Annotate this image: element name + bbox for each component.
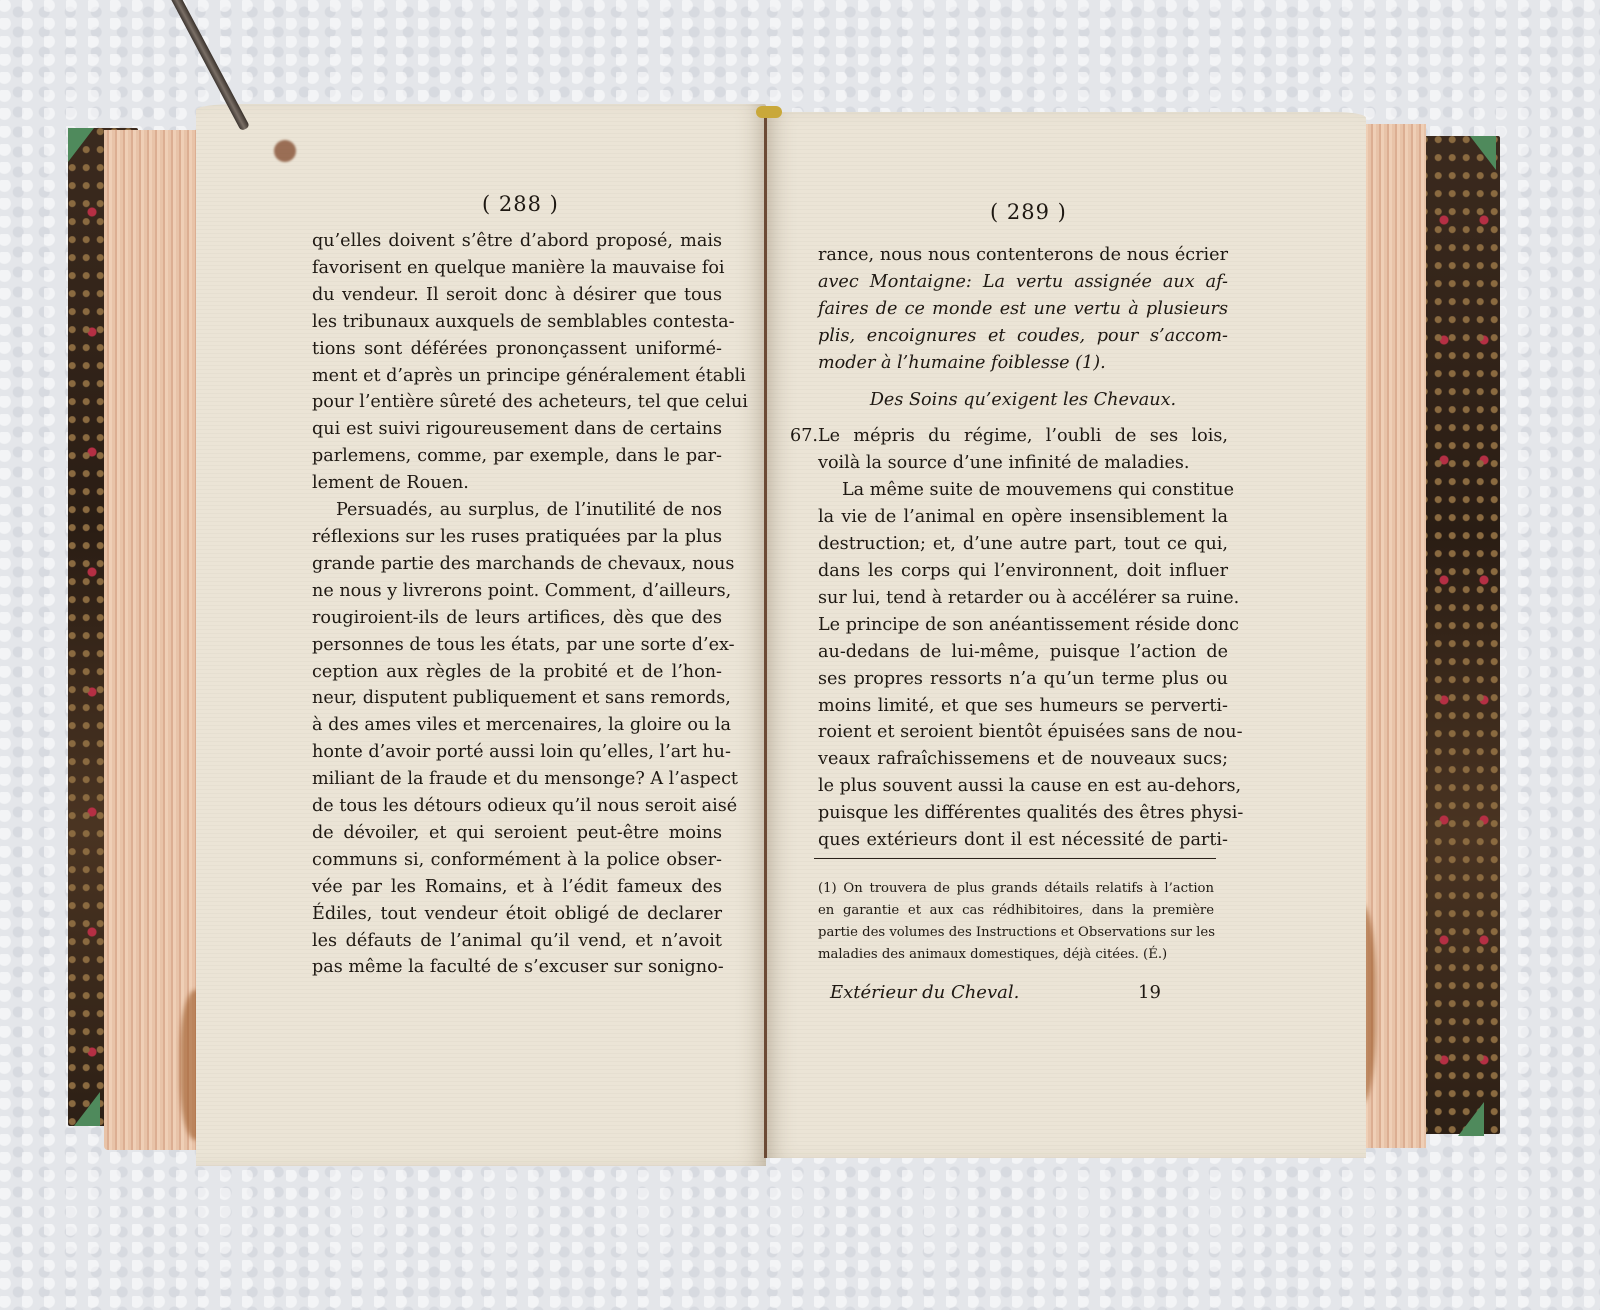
footnote-line: (1) On trouvera de plus grands détails r… — [818, 878, 1214, 900]
text-line: rance, nous nous contenterons de nous éc… — [818, 242, 1228, 269]
text-line: 67. Le mépris du régime, l’oubli de ses … — [818, 423, 1228, 450]
text-line: au-dedans de lui-même, puisque l’action … — [818, 639, 1228, 666]
text-line-italic: plis, encoignures et coudes, pour s’acco… — [818, 323, 1228, 350]
footnote-line: maladies des animaux domestiques, déjà c… — [818, 944, 1214, 966]
left-page-text: qu’elles doivent s’être d’abord proposé,… — [312, 228, 722, 981]
text-line-content: Le mépris du régime, l’oubli de ses lois… — [818, 426, 1228, 446]
signature-title: Extérieur du Cheval. — [830, 982, 1019, 1003]
section-heading: Des Soins qu’exigent les Chevaux. — [818, 387, 1228, 414]
spacer — [818, 413, 1228, 423]
page-edges-left — [104, 130, 208, 1150]
text-line: Persuadés, au surplus, de l’inutilité de… — [312, 497, 722, 524]
text-line: tions sont déférées prononçassent unifor… — [312, 336, 722, 363]
text-line: ses propres ressorts n’a qu’un terme plu… — [818, 666, 1228, 693]
text-line: ception aux règles de la probité et de l… — [312, 659, 722, 686]
text-line: dans les corps qui l’environnent, doit i… — [818, 558, 1228, 585]
footnote-line: partie des volumes des Instructions et O… — [818, 922, 1214, 944]
text-line: neur, disputent publiquement et sans rem… — [312, 685, 722, 712]
headband-ribbon — [756, 106, 782, 118]
text-line: voilà la source d’une infinité de maladi… — [818, 450, 1228, 477]
text-line: Le principe de son anéantissement réside… — [818, 612, 1228, 639]
text-line: roient et seroient bientôt épuisées sans… — [818, 719, 1228, 746]
cover-right-marbled — [1420, 136, 1500, 1134]
text-line: de dévoiler, et qui seroient peut-être m… — [312, 820, 722, 847]
right-page: ( 289 ) rance, nous nous contenterons de… — [766, 112, 1366, 1158]
text-line: parlemens, comme, par exemple, dans le p… — [312, 443, 722, 470]
text-line: destruction; et, d’une autre part, tout … — [818, 531, 1228, 558]
left-page: ( 288 ) qu’elles doivent s’être d’abord … — [196, 104, 766, 1166]
text-line: ment et d’après un principe généralement… — [312, 363, 722, 390]
page-number: ( 289 ) — [990, 200, 1067, 224]
footnote-line: en garantie et aux cas rédhibitoires, da… — [818, 900, 1214, 922]
page-number: ( 288 ) — [482, 192, 559, 216]
text-line: vée par les Romains, et à l’édit fameux … — [312, 874, 722, 901]
text-line: ques extérieurs dont il est nécessité de… — [818, 827, 1228, 854]
text-line: à des ames viles et mercenaires, la gloi… — [312, 712, 722, 739]
text-line: qui est suivi rigoureusement dans de cer… — [312, 416, 722, 443]
spacer — [818, 377, 1228, 387]
signature-number: 19 — [1138, 982, 1161, 1003]
footnote-rule — [814, 858, 1216, 859]
text-line: lement de Rouen. — [312, 470, 722, 497]
book-gutter — [764, 110, 767, 1158]
text-line: pour l’entière sûreté des acheteurs, tel… — [312, 389, 722, 416]
foxing-spot — [274, 140, 296, 162]
photo-scene: ( 288 ) qu’elles doivent s’être d’abord … — [0, 0, 1600, 1310]
paragraph-number: 67. — [790, 423, 818, 450]
text-line: Édiles, tout vendeur étoit obligé de dec… — [312, 901, 722, 928]
text-line: veaux rafraîchissemens et de nouveaux su… — [818, 746, 1228, 773]
text-line: grande partie des marchands de chevaux, … — [312, 551, 722, 578]
text-line: le plus souvent aussi la cause en est au… — [818, 773, 1228, 800]
text-line: qu’elles doivent s’être d’abord proposé,… — [312, 228, 722, 255]
text-line: la vie de l’animal en opère insensibleme… — [818, 504, 1228, 531]
text-line: puisque les différentes qualités des êtr… — [818, 800, 1228, 827]
text-line: communs si, conformément à la police obs… — [312, 847, 722, 874]
footnote: (1) On trouvera de plus grands détails r… — [818, 878, 1214, 966]
right-page-text: rance, nous nous contenterons de nous éc… — [818, 242, 1228, 854]
text-line-italic: avec Montaigne: La vertu assignée aux af… — [818, 269, 1228, 296]
text-line: ne nous y livrerons point. Comment, d’ai… — [312, 578, 722, 605]
page-edges-right — [1360, 124, 1426, 1148]
text-line: les tribunaux auxquels de semblables con… — [312, 309, 722, 336]
text-line: favorisent en quelque manière la mauvais… — [312, 255, 722, 282]
text-line: sur lui, tend à retarder ou à accélérer … — [818, 585, 1228, 612]
text-line: La même suite de mouvemens qui constitue — [818, 477, 1228, 504]
text-line-italic: moder à l’humaine foiblesse (1). — [818, 350, 1228, 377]
text-line: pas même la faculté de s’excuser sur son… — [312, 954, 722, 981]
text-line: honte d’avoir porté aussi loin qu’elles,… — [312, 739, 722, 766]
text-line: personnes de tous les états, par une sor… — [312, 632, 722, 659]
text-line: réflexions sur les ruses pratiquées par … — [312, 524, 722, 551]
text-line: miliant de la fraude et du mensonge? A l… — [312, 766, 722, 793]
text-line: rougiroient-ils de leurs artifices, dès … — [312, 605, 722, 632]
text-line: les défauts de l’animal qu’il vend, et n… — [312, 928, 722, 955]
text-line-italic: faires de ce monde est une vertu à plusi… — [818, 296, 1228, 323]
text-line: moins limité, et que ses humeurs se perv… — [818, 693, 1228, 720]
text-line: de tous les détours odieux qu’il nous se… — [312, 793, 722, 820]
text-line: du vendeur. Il seroit donc à désirer que… — [312, 282, 722, 309]
